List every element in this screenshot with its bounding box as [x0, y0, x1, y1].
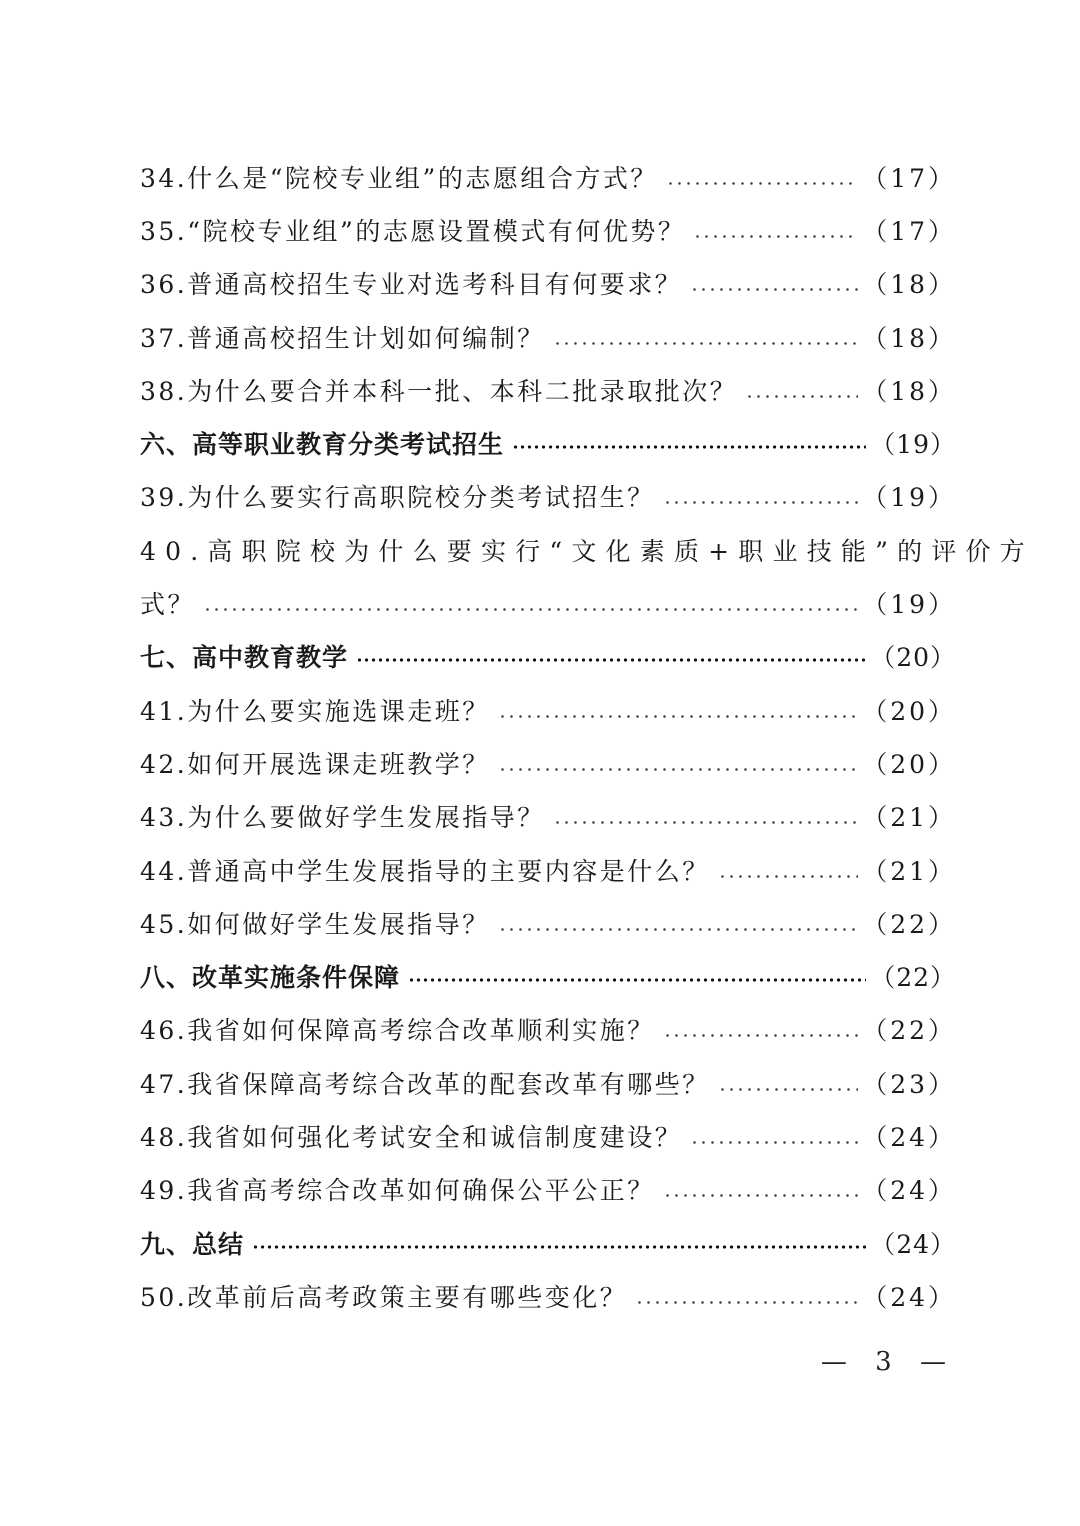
toc-entry-47[interactable]: 47.我省保障高考综合改革的配套改革有哪些？ （23）: [140, 1056, 956, 1109]
table-of-contents: 34.什么是“院校专业组”的志愿组合方式？ （17） 35.“院校专业组”的志愿…: [140, 150, 956, 1323]
toc-entry-title: 35.“院校专业组”的志愿设置模式有何优势？: [140, 212, 685, 248]
toc-entry-title: 50.改革前后高考政策主要有哪些变化？: [140, 1278, 627, 1314]
toc-entry-46[interactable]: 46.我省如何保障高考综合改革顺利实施？ （22）: [140, 1003, 956, 1056]
toc-entry-42[interactable]: 42.如何开展选课走班教学？ （20）: [140, 736, 956, 789]
dot-leader: [408, 962, 866, 990]
dot-leader: [745, 376, 858, 404]
toc-section-title: 七、高中教育教学: [140, 638, 348, 674]
document-page: 34.什么是“院校专业组”的志愿组合方式？ （17） 35.“院校专业组”的志愿…: [0, 0, 1080, 1526]
toc-entry-40[interactable]: 40.高职院校为什么要实行“文化素质+职业技能”的评价方: [140, 523, 956, 576]
toc-entry-title: 34.什么是“院校专业组”的志愿组合方式？: [140, 159, 658, 195]
toc-page-ref: （18）: [862, 319, 956, 355]
toc-entry-40-continuation[interactable]: 式？ （19）: [140, 576, 956, 629]
toc-entry-title: 42.如何开展选课走班教学？: [140, 745, 490, 781]
toc-page-ref: （19）: [870, 425, 956, 461]
toc-entry-44[interactable]: 44.普通高中学生发展指导的主要内容是什么？ （21）: [140, 843, 956, 896]
toc-page-ref: （24）: [870, 1225, 956, 1261]
toc-entry-title: 49.我省高考综合改革如何确保公平公正？: [140, 1171, 655, 1207]
toc-entry-title: 45.如何做好学生发展指导？: [140, 905, 490, 941]
dot-leader: [203, 589, 858, 617]
toc-entry-49[interactable]: 49.我省高考综合改革如何确保公平公正？ （24）: [140, 1163, 956, 1216]
toc-section-9[interactable]: 九、总结 （24）: [140, 1216, 956, 1269]
toc-section-6[interactable]: 六、高等职业教育分类考试招生 （19）: [140, 416, 956, 469]
dot-leader: [356, 642, 866, 670]
toc-page-ref: （19）: [862, 585, 956, 621]
toc-page-ref: （20）: [862, 692, 956, 728]
toc-entry-title: 48.我省如何强化考试安全和诚信制度建设？: [140, 1118, 682, 1154]
toc-page-ref: （22）: [862, 1011, 956, 1047]
toc-entry-39[interactable]: 39.为什么要实行高职院校分类考试招生？ （19）: [140, 470, 956, 523]
toc-entry-title-continuation: 式？: [140, 585, 195, 621]
page-number: — 3 —: [821, 1347, 956, 1377]
toc-page-ref: （24）: [862, 1171, 956, 1207]
toc-section-8[interactable]: 八、改革实施条件保障 （22）: [140, 949, 956, 1002]
dot-leader: [635, 1282, 858, 1310]
toc-entry-37[interactable]: 37.普通高校招生计划如何编制？ （18）: [140, 310, 956, 363]
toc-entry-41[interactable]: 41.为什么要实施选课走班？ （20）: [140, 683, 956, 736]
toc-entry-43[interactable]: 43.为什么要做好学生发展指导？ （21）: [140, 790, 956, 843]
toc-page-ref: （19）: [862, 478, 956, 514]
toc-entry-title: 44.普通高中学生发展指导的主要内容是什么？: [140, 852, 710, 888]
dot-leader: [553, 323, 858, 351]
dot-leader: [252, 1229, 866, 1257]
dot-leader: [693, 216, 858, 244]
toc-page-ref: （21）: [862, 798, 956, 834]
toc-page-ref: （24）: [862, 1118, 956, 1154]
toc-page-ref: （17）: [862, 212, 956, 248]
toc-page-ref: （23）: [862, 1065, 956, 1101]
toc-entry-title: 41.为什么要实施选课走班？: [140, 692, 490, 728]
toc-section-title: 九、总结: [140, 1225, 244, 1261]
toc-section-title: 八、改革实施条件保障: [140, 958, 400, 994]
dot-leader: [690, 1122, 858, 1150]
toc-section-title: 六、高等职业教育分类考试招生: [140, 425, 504, 461]
toc-entry-38[interactable]: 38.为什么要合并本科一批、本科二批录取批次？ （18）: [140, 363, 956, 416]
toc-entry-title: 46.我省如何保障高考综合改革顺利实施？: [140, 1011, 655, 1047]
dot-leader: [512, 429, 866, 457]
toc-entry-45[interactable]: 45.如何做好学生发展指导？ （22）: [140, 896, 956, 949]
toc-entry-title: 43.为什么要做好学生发展指导？: [140, 798, 545, 834]
toc-entry-34[interactable]: 34.什么是“院校专业组”的志愿组合方式？ （17）: [140, 150, 956, 203]
toc-entry-title: 38.为什么要合并本科一批、本科二批录取批次？: [140, 372, 737, 408]
toc-entry-35[interactable]: 35.“院校专业组”的志愿设置模式有何优势？ （17）: [140, 203, 956, 256]
toc-page-ref: （20）: [862, 745, 956, 781]
dot-leader: [553, 802, 858, 830]
toc-page-ref: （18）: [862, 265, 956, 301]
toc-entry-title: 47.我省保障高考综合改革的配套改革有哪些？: [140, 1065, 710, 1101]
dot-leader: [663, 1175, 858, 1203]
dot-leader: [663, 482, 858, 510]
dot-leader: [498, 749, 858, 777]
toc-page-ref: （20）: [870, 638, 956, 674]
dot-leader: [690, 269, 858, 297]
toc-entry-48[interactable]: 48.我省如何强化考试安全和诚信制度建设？ （24）: [140, 1109, 956, 1162]
dot-leader: [498, 696, 858, 724]
toc-entry-title: 37.普通高校招生计划如何编制？: [140, 319, 545, 355]
toc-page-ref: （22）: [862, 905, 956, 941]
toc-section-7[interactable]: 七、高中教育教学 （20）: [140, 630, 956, 683]
toc-entry-50[interactable]: 50.改革前后高考政策主要有哪些变化？ （24）: [140, 1269, 956, 1322]
toc-page-ref: （17）: [862, 159, 956, 195]
dot-leader: [666, 163, 858, 191]
toc-page-ref: （21）: [862, 852, 956, 888]
dot-leader: [718, 856, 858, 884]
toc-entry-36[interactable]: 36.普通高校招生专业对选考科目有何要求？ （18）: [140, 257, 956, 310]
toc-entry-title: 39.为什么要实行高职院校分类考试招生？: [140, 478, 655, 514]
toc-page-ref: （22）: [870, 958, 956, 994]
toc-page-ref: （18）: [862, 372, 956, 408]
toc-entry-title: 36.普通高校招生专业对选考科目有何要求？: [140, 265, 682, 301]
dot-leader: [498, 909, 858, 937]
toc-entry-title: 40.高职院校为什么要实行“文化素质+职业技能”的评价方: [140, 532, 956, 568]
dot-leader: [663, 1015, 858, 1043]
toc-page-ref: （24）: [862, 1278, 956, 1314]
dot-leader: [718, 1069, 858, 1097]
